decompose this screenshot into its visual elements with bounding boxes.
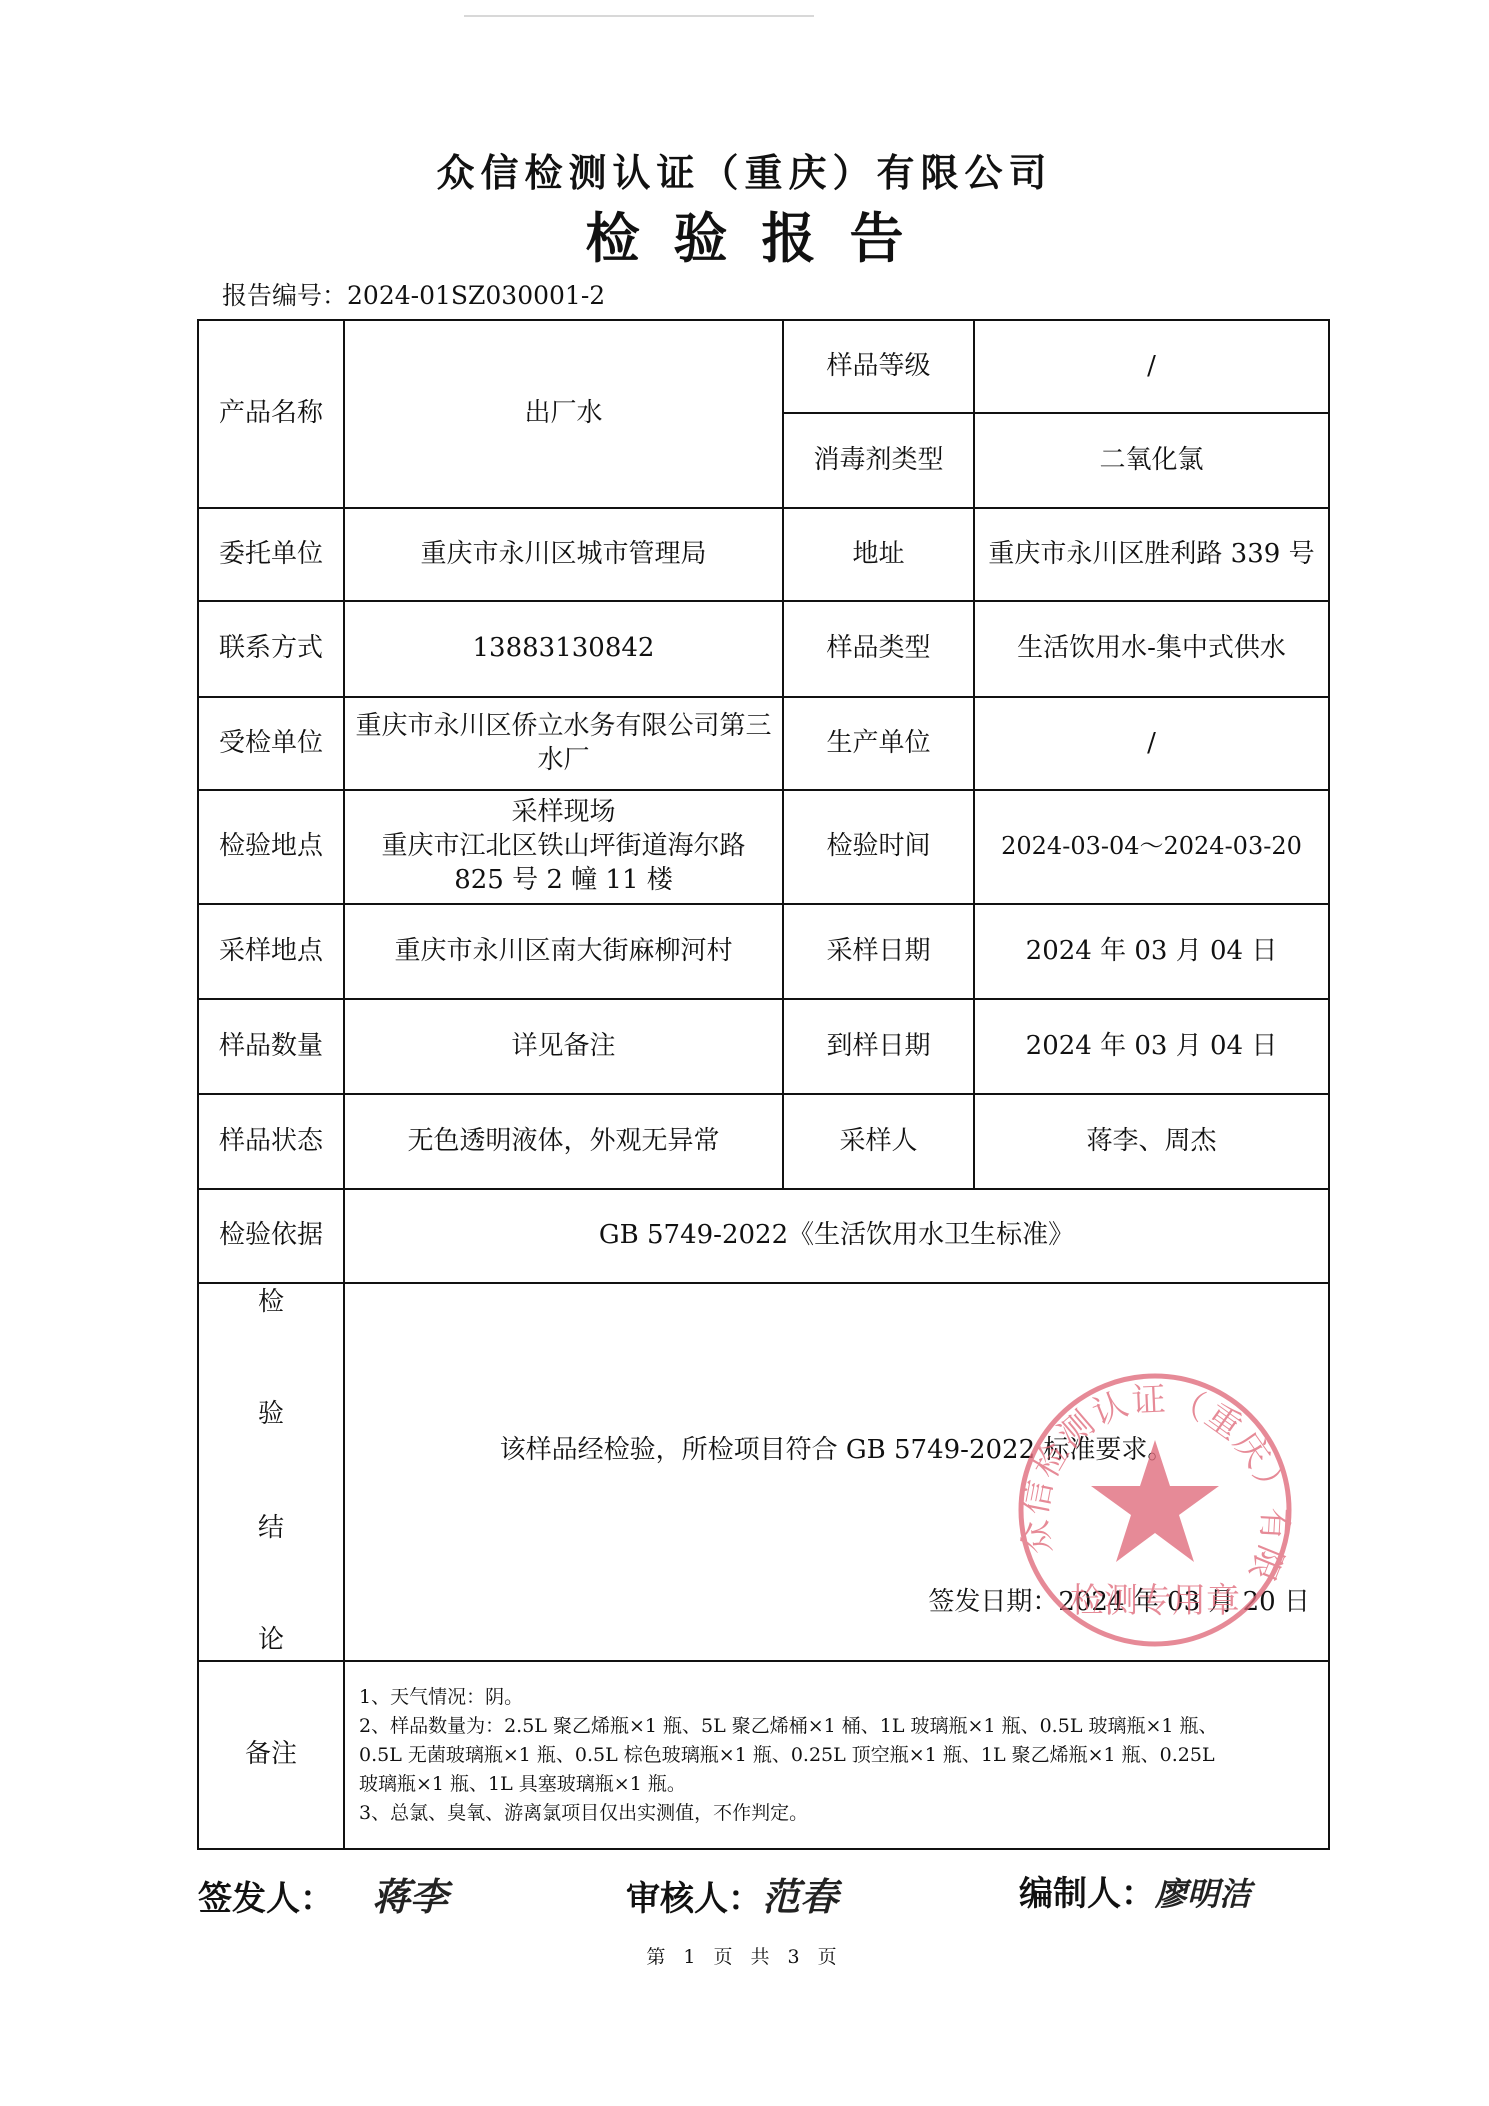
company-name: 众信检测认证（重庆）有限公司 xyxy=(0,142,1489,197)
sample-grade-label: 样品等级 xyxy=(783,320,974,413)
arrival-date-value: 2024 年 03 月 04 日 xyxy=(974,999,1329,1094)
test-time-value: 2024-03-04～2024-03-20 xyxy=(974,790,1329,904)
report-number: 报告编号：2024-01SZ030001-2 xyxy=(222,276,605,312)
note-line: 玻璃瓶×1 瓶、1L 具塞玻璃瓶×1 瓶。 xyxy=(359,1770,1314,1799)
note-line: 3、总氯、臭氧、游离氯项目仅出实测值，不作判定。 xyxy=(359,1799,1314,1828)
sampling-site-value: 重庆市永川区南大街麻柳河村 xyxy=(344,904,783,999)
conclusion-label: 检 验 结 论 xyxy=(198,1283,344,1661)
test-location-label: 检验地点 xyxy=(198,790,344,904)
test-location-line2: 重庆市江北区铁山坪街道海尔路 xyxy=(353,830,774,864)
basis-value: GB 5749-2022《生活饮用水卫生标准》 xyxy=(344,1189,1329,1283)
conclusion-cell: 该样品经检验，所检项目符合 GB 5749-2022 标准要求。 签发日期：20… xyxy=(344,1283,1329,1661)
compiler-handwriting: 廖明洁 xyxy=(1155,1875,1251,1913)
reviewer-label: 审核人： xyxy=(626,1879,762,1919)
contact-label: 联系方式 xyxy=(198,601,344,697)
top-scan-line xyxy=(464,15,814,17)
sampler-label: 采样人 xyxy=(783,1094,974,1189)
report-number-label: 报告编号： xyxy=(222,281,347,310)
note-line: 0.5L 无菌玻璃瓶×1 瓶、0.5L 棕色玻璃瓶×1 瓶、0.25L 顶空瓶×… xyxy=(359,1741,1314,1770)
reviewer-handwriting: 范春 xyxy=(762,1874,838,1919)
sample-state-label: 样品状态 xyxy=(198,1094,344,1189)
notes-content: 1、天气情况：阴。 2、样品数量为：2.5L 聚乙烯瓶×1 瓶、5L 聚乙烯桶×… xyxy=(344,1661,1329,1849)
test-time-label: 检验时间 xyxy=(783,790,974,904)
contact-value: 13883130842 xyxy=(344,601,783,697)
producer-value: / xyxy=(974,697,1329,790)
address-value: 重庆市永川区胜利路 339 号 xyxy=(974,508,1329,601)
product-name-label: 产品名称 xyxy=(198,320,344,508)
sample-type-label: 样品类型 xyxy=(783,601,974,697)
inspected-unit-label: 受检单位 xyxy=(198,697,344,790)
page-number: 第 1 页 共 3 页 xyxy=(0,1942,1489,1969)
sampler-value: 蒋李、周杰 xyxy=(974,1094,1329,1189)
compiler-signature: 编制人：廖明洁 xyxy=(1019,1866,1251,1915)
sample-type-value: 生活饮用水-集中式供水 xyxy=(974,601,1329,697)
issuer-handwriting: 蒋李 xyxy=(372,1874,448,1919)
arrival-date-label: 到样日期 xyxy=(783,999,974,1094)
basis-label: 检验依据 xyxy=(198,1189,344,1283)
sample-grade-value: / xyxy=(974,320,1329,413)
producer-label: 生产单位 xyxy=(783,697,974,790)
sampling-date-value: 2024 年 03 月 04 日 xyxy=(974,904,1329,999)
disinfectant-type-label: 消毒剂类型 xyxy=(783,413,974,508)
client-value: 重庆市永川区城市管理局 xyxy=(344,508,783,601)
inspected-unit-value: 重庆市永川区侨立水务有限公司第三水厂 xyxy=(344,697,783,790)
report-table: 产品名称 出厂水 样品等级 / 消毒剂类型 二氧化氯 委托单位 重庆市永川区城市… xyxy=(197,319,1330,1850)
client-label: 委托单位 xyxy=(198,508,344,601)
address-label: 地址 xyxy=(783,508,974,601)
issuer-signature: 签发人： 蒋李 xyxy=(198,1866,448,1921)
conclusion-label-char: 结 xyxy=(199,1512,343,1546)
report-number-value: 2024-01SZ030001-2 xyxy=(347,281,605,310)
sample-qty-label: 样品数量 xyxy=(198,999,344,1094)
compiler-label: 编制人： xyxy=(1019,1874,1155,1914)
sample-qty-value: 详见备注 xyxy=(344,999,783,1094)
sampling-date-label: 采样日期 xyxy=(783,904,974,999)
test-location-value: 采样现场 重庆市江北区铁山坪街道海尔路 825 号 2 幢 11 楼 xyxy=(344,790,783,904)
test-location-line1: 采样现场 xyxy=(353,796,774,830)
note-line: 1、天气情况：阴。 xyxy=(359,1683,1314,1712)
issuer-label: 签发人： xyxy=(198,1879,334,1919)
sampling-site-label: 采样地点 xyxy=(198,904,344,999)
test-location-line3: 825 号 2 幢 11 楼 xyxy=(353,864,774,898)
reviewer-signature: 审核人：范春 xyxy=(626,1866,838,1921)
sample-state-value: 无色透明液体，外观无异常 xyxy=(344,1094,783,1189)
notes-label: 备注 xyxy=(198,1661,344,1849)
sign-date: 签发日期：2024 年 03 月 20 日 xyxy=(928,1586,1310,1620)
conclusion-label-char: 论 xyxy=(199,1624,343,1658)
conclusion-label-char: 验 xyxy=(199,1398,343,1432)
report-title: 检验报告 xyxy=(0,196,1489,273)
conclusion-text: 该样品经检验，所检项目符合 GB 5749-2022 标准要求。 xyxy=(345,1434,1328,1468)
conclusion-label-char: 检 xyxy=(199,1286,343,1320)
note-line: 2、样品数量为：2.5L 聚乙烯瓶×1 瓶、5L 聚乙烯桶×1 桶、1L 玻璃瓶… xyxy=(359,1712,1314,1741)
disinfectant-type-value: 二氧化氯 xyxy=(974,413,1329,508)
product-name-value: 出厂水 xyxy=(344,320,783,508)
